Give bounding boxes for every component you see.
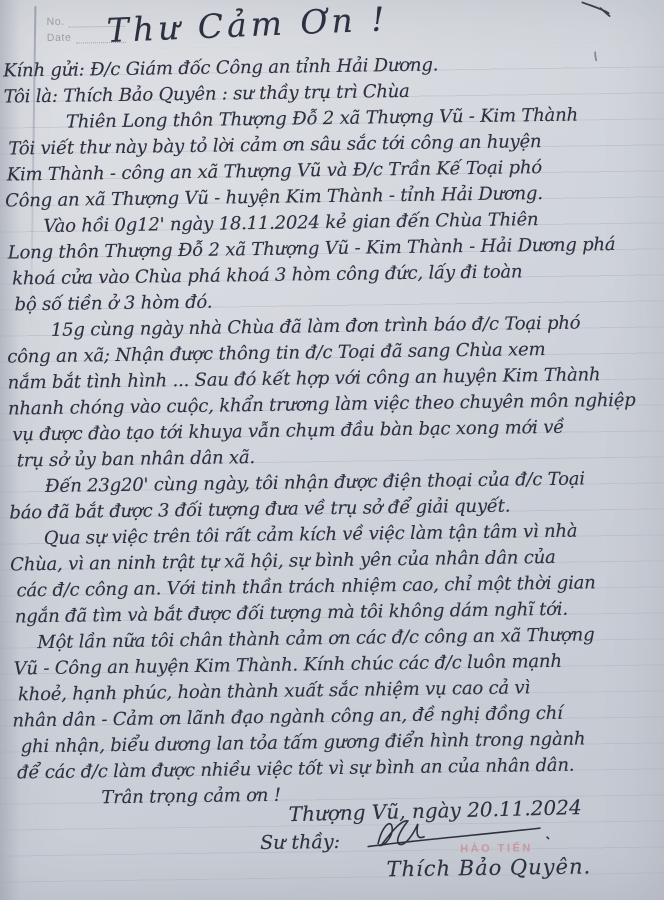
signer-role: Sư thầy: <box>260 831 340 854</box>
signer-name: Thích Bảo Quyên. <box>386 854 591 881</box>
letter-title: Thư Cảm Ơn ! <box>106 0 389 50</box>
letter-photo: No. Date Thư Cảm Ơn ! Kính gửi: Đ/c Giám… <box>0 0 664 900</box>
stamp-watermark: HÀO TIẾN <box>460 842 533 855</box>
letter-body: Kính gửi: Đ/c Giám đốc Công an tỉnh Hải … <box>3 49 663 812</box>
pen-corner-mark <box>578 0 659 67</box>
date-label: Date <box>47 32 72 44</box>
no-label: No. <box>47 16 65 28</box>
page-content: No. Date Thư Cảm Ơn ! Kính gửi: Đ/c Giám… <box>0 0 664 900</box>
